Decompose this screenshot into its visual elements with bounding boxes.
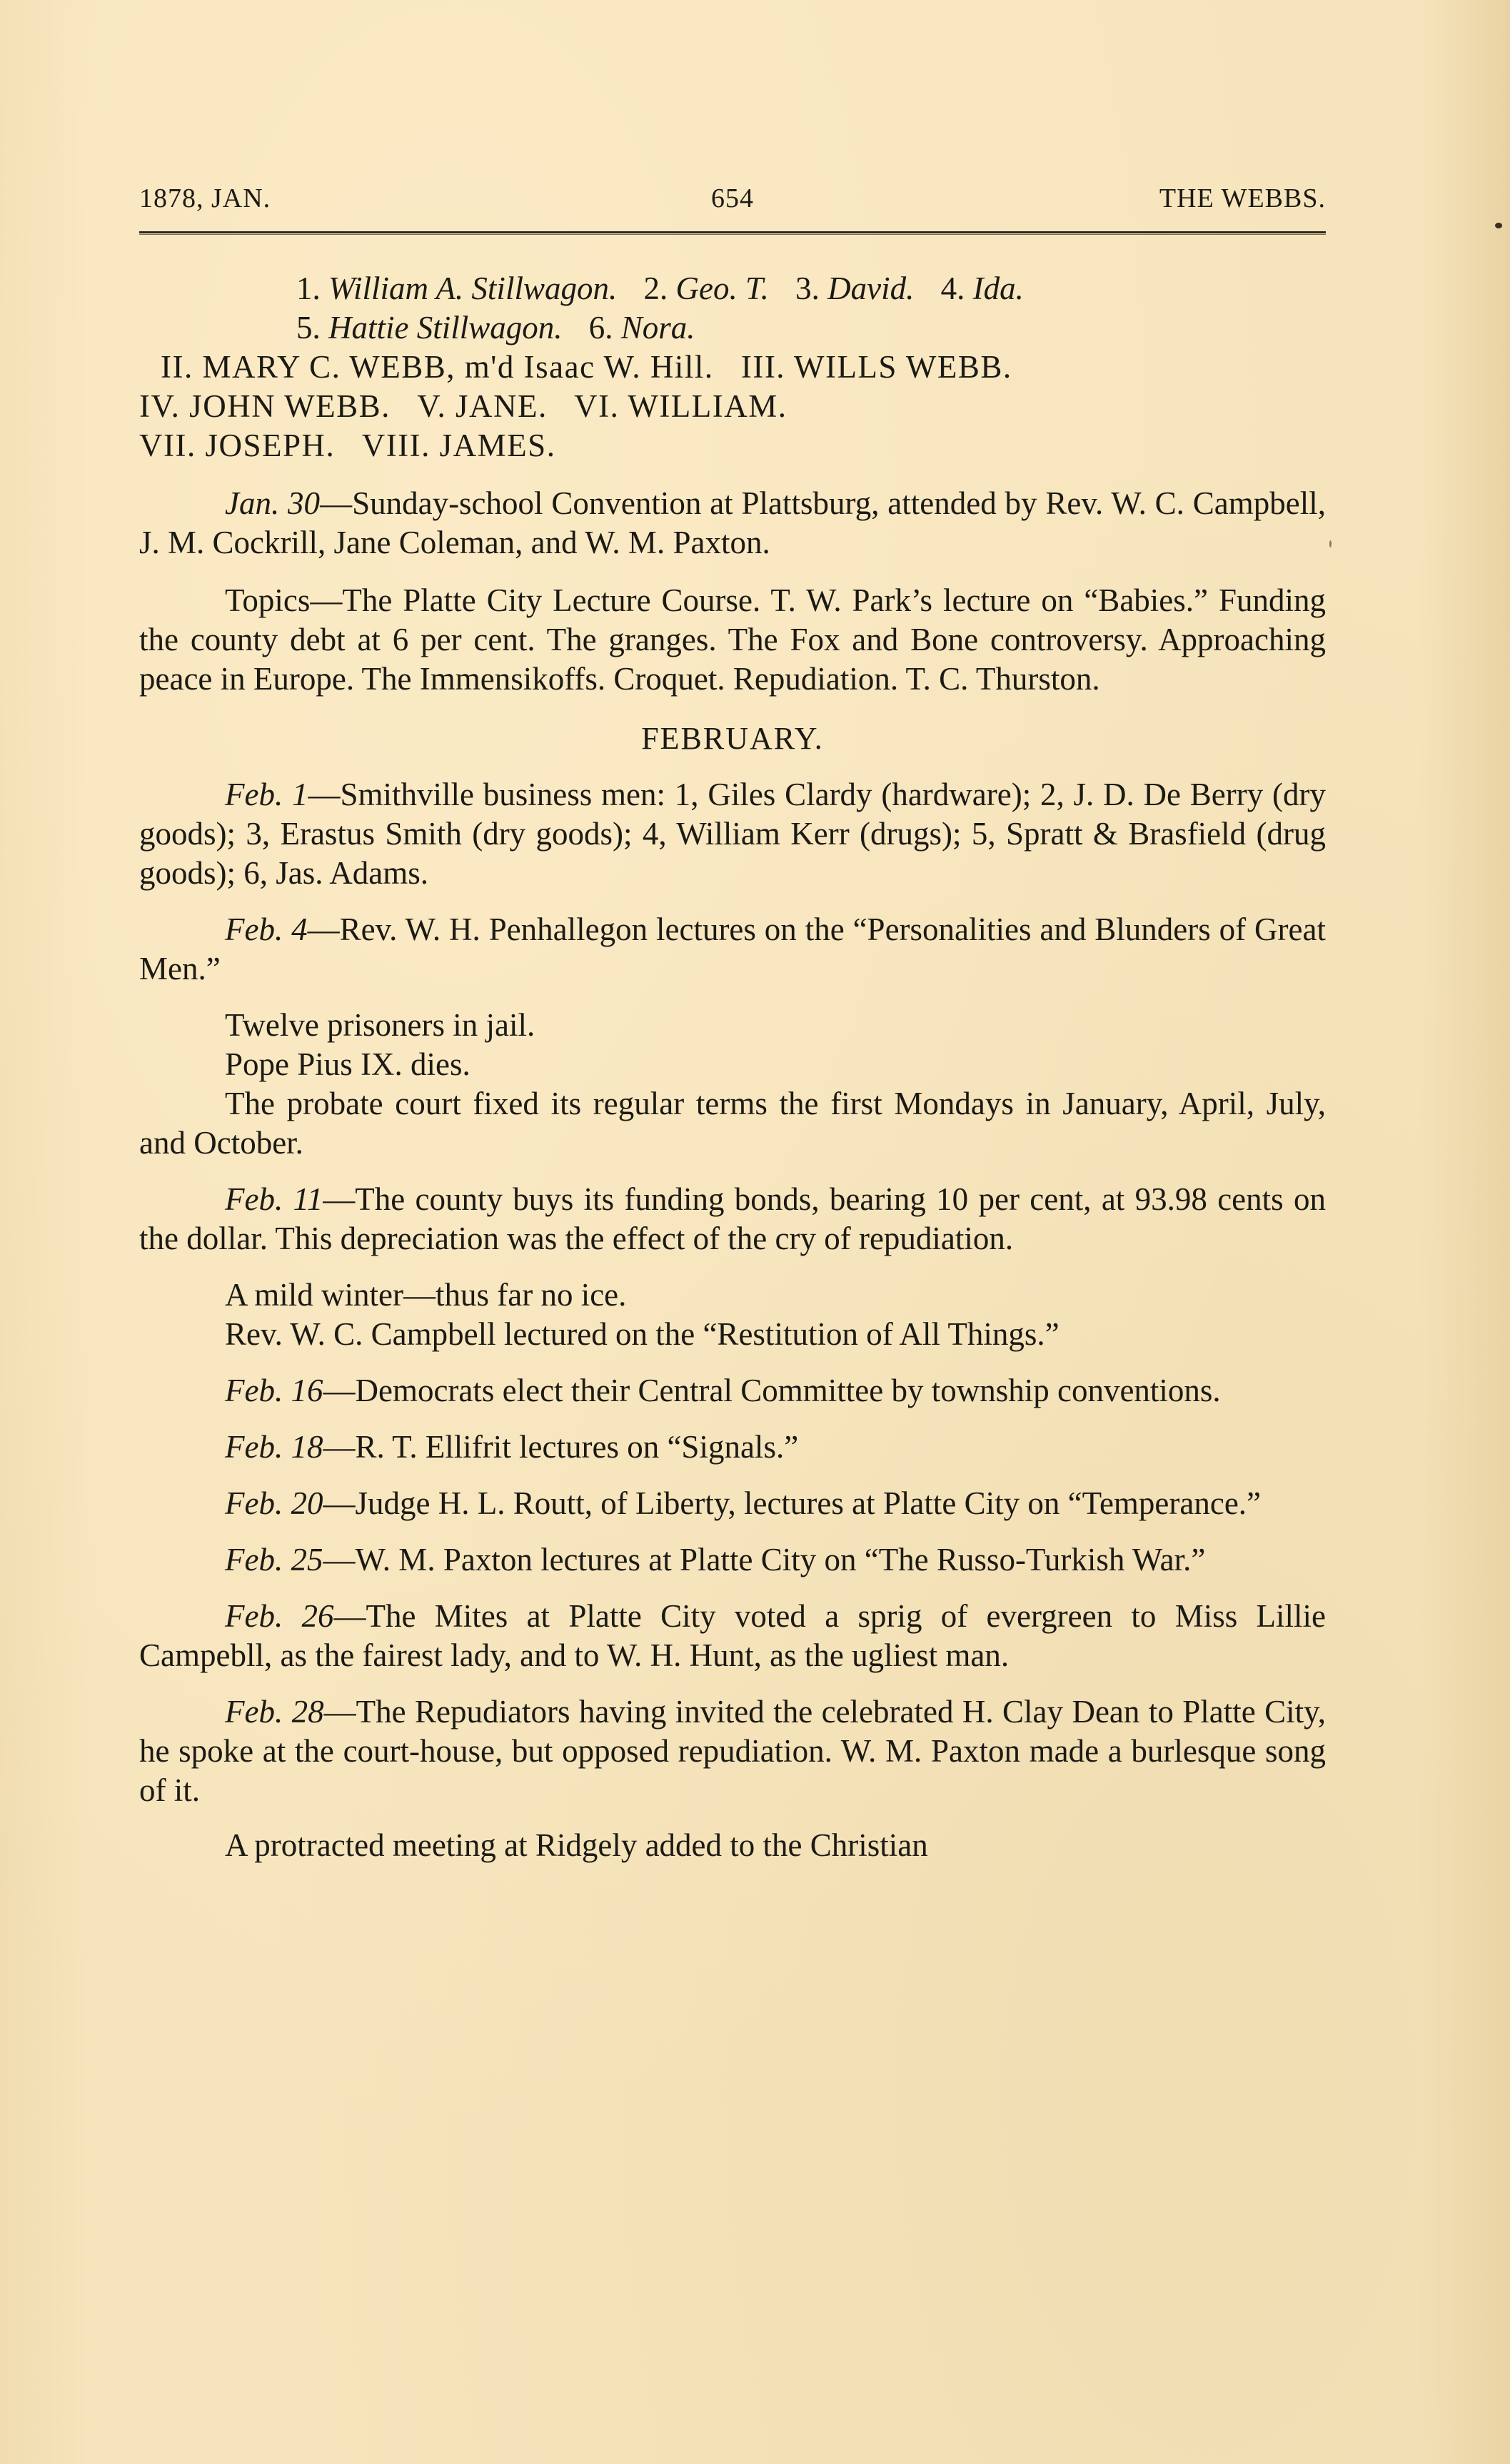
child-number: 1.: [296, 271, 321, 306]
child-name: Nora.: [621, 310, 695, 345]
entry-feb-11: Feb. 11—The county buys its funding bond…: [139, 1180, 1326, 1258]
child-number: 3.: [795, 271, 820, 306]
header-title: THE WEBBS.: [1159, 177, 1326, 220]
entry-feb-4: Feb. 4—Rev. W. H. Penhallegon lectures o…: [139, 910, 1326, 989]
entry-feb-26: Feb. 26—The Mites at Platte City voted a…: [139, 1597, 1326, 1675]
entry-winter: A mild winter—thus far no ice.: [139, 1276, 1326, 1315]
entry-text: Rev. W. H. Penhallegon lectures on the “…: [139, 912, 1326, 986]
month-heading: FEBRUARY.: [139, 719, 1326, 758]
entry-feb-18: Feb. 18—R. T. Ellifrit lectures on “Sign…: [139, 1428, 1326, 1467]
entry-date: Feb. 28: [225, 1694, 324, 1730]
entry-jan-30: Jan. 30—Sunday-school Convention at Plat…: [139, 484, 1326, 562]
entry-feb-1: Feb. 1—Smithville business men: 1, Giles…: [139, 775, 1326, 893]
children-line-2: 5. Hattie Stillwagon. 6. Nora.: [139, 308, 1326, 348]
child-name: David.: [827, 271, 914, 306]
entry-feb-16: Feb. 16—Democrats elect their Central Co…: [139, 1371, 1326, 1410]
child-number: 6.: [589, 310, 613, 345]
entry-text: Twelve prisoners in jail.: [225, 1007, 535, 1043]
entry-date: Feb. 18: [225, 1429, 323, 1465]
entry-text: Topics—The Platte City Lecture Course. T…: [139, 582, 1326, 697]
entry-prisoners: Twelve prisoners in jail.: [139, 1006, 1326, 1045]
child-name: Geo. T.: [675, 271, 768, 306]
entry-text: Rev. W. C. Campbell lectured on the “Res…: [225, 1316, 1059, 1352]
entry-feb-28: Feb. 28—The Repudiators having invited t…: [139, 1692, 1326, 1810]
entry-text: Democrats elect their Central Committee …: [355, 1373, 1220, 1408]
child-name: William A. Stillwagon.: [328, 271, 617, 306]
entry-topics: Topics—The Platte City Lecture Course. T…: [139, 581, 1326, 699]
child-name: Hattie Stillwagon.: [328, 310, 563, 345]
entry-pope: Pope Pius IX. dies.: [139, 1045, 1326, 1084]
entry-text: A protracted meeting at Ridgely added to…: [225, 1827, 928, 1863]
siblings-line-2: IV. JOHN WEBB. V. JANE. VI. WILLIAM.: [139, 387, 1326, 426]
entry-feb-25: Feb. 25—W. M. Paxton lectures at Platte …: [139, 1540, 1326, 1580]
entry-ridgely: A protracted meeting at Ridgely added to…: [139, 1826, 1326, 1865]
entry-date: Feb. 4: [225, 912, 308, 947]
entry-text: W. M. Paxton lectures at Platte City on …: [355, 1542, 1205, 1577]
child-number: 2.: [643, 271, 668, 306]
page-number: 654: [711, 183, 754, 213]
entry-date: Feb. 1: [225, 777, 308, 812]
entry-text: Smithville business men: 1, Giles Clardy…: [139, 777, 1326, 891]
page-body: 1. William A. Stillwagon. 2. Geo. T. 3. …: [139, 269, 1326, 1865]
child-number: 4.: [941, 271, 965, 306]
entry-date: Jan. 30: [225, 485, 320, 521]
running-header: 1878, JAN. 654 THE WEBBS.: [139, 177, 1326, 220]
entry-date: Feb. 11: [225, 1181, 323, 1217]
entry-probate: The probate court fixed its regular term…: [139, 1084, 1326, 1163]
paper-speck: [1495, 223, 1502, 228]
header-date: 1878, JAN.: [139, 177, 271, 220]
book-page: 1878, JAN. 654 THE WEBBS. 1. William A. …: [139, 177, 1326, 1865]
entry-date: Feb. 26: [225, 1598, 334, 1634]
entry-date: Feb. 20: [225, 1485, 323, 1521]
entry-campbell: Rev. W. C. Campbell lectured on the “Res…: [139, 1315, 1326, 1354]
siblings-line-1: II. MARY C. WEBB, m'd Isaac W. Hill. III…: [139, 348, 1326, 387]
entry-date: Feb. 25: [225, 1542, 323, 1577]
children-line-1: 1. William A. Stillwagon. 2. Geo. T. 3. …: [139, 269, 1326, 308]
child-name: Ida.: [973, 271, 1024, 306]
siblings-line-3: VII. JOSEPH. VIII. JAMES.: [139, 426, 1326, 465]
entry-text: R. T. Ellifrit lectures on “Signals.”: [355, 1429, 798, 1465]
entry-text: A mild winter—thus far no ice.: [225, 1277, 626, 1313]
entry-text: Pope Pius IX. dies.: [225, 1046, 470, 1082]
entry-text: Judge H. L. Routt, of Liberty, lectures …: [355, 1485, 1261, 1521]
entry-feb-20: Feb. 20—Judge H. L. Routt, of Liberty, l…: [139, 1484, 1326, 1523]
child-number: 5.: [296, 310, 321, 345]
entry-text: The probate court fixed its regular term…: [139, 1086, 1326, 1161]
header-rule: [139, 231, 1326, 235]
paper-speck: [1329, 540, 1332, 547]
entry-date: Feb. 16: [225, 1373, 323, 1408]
